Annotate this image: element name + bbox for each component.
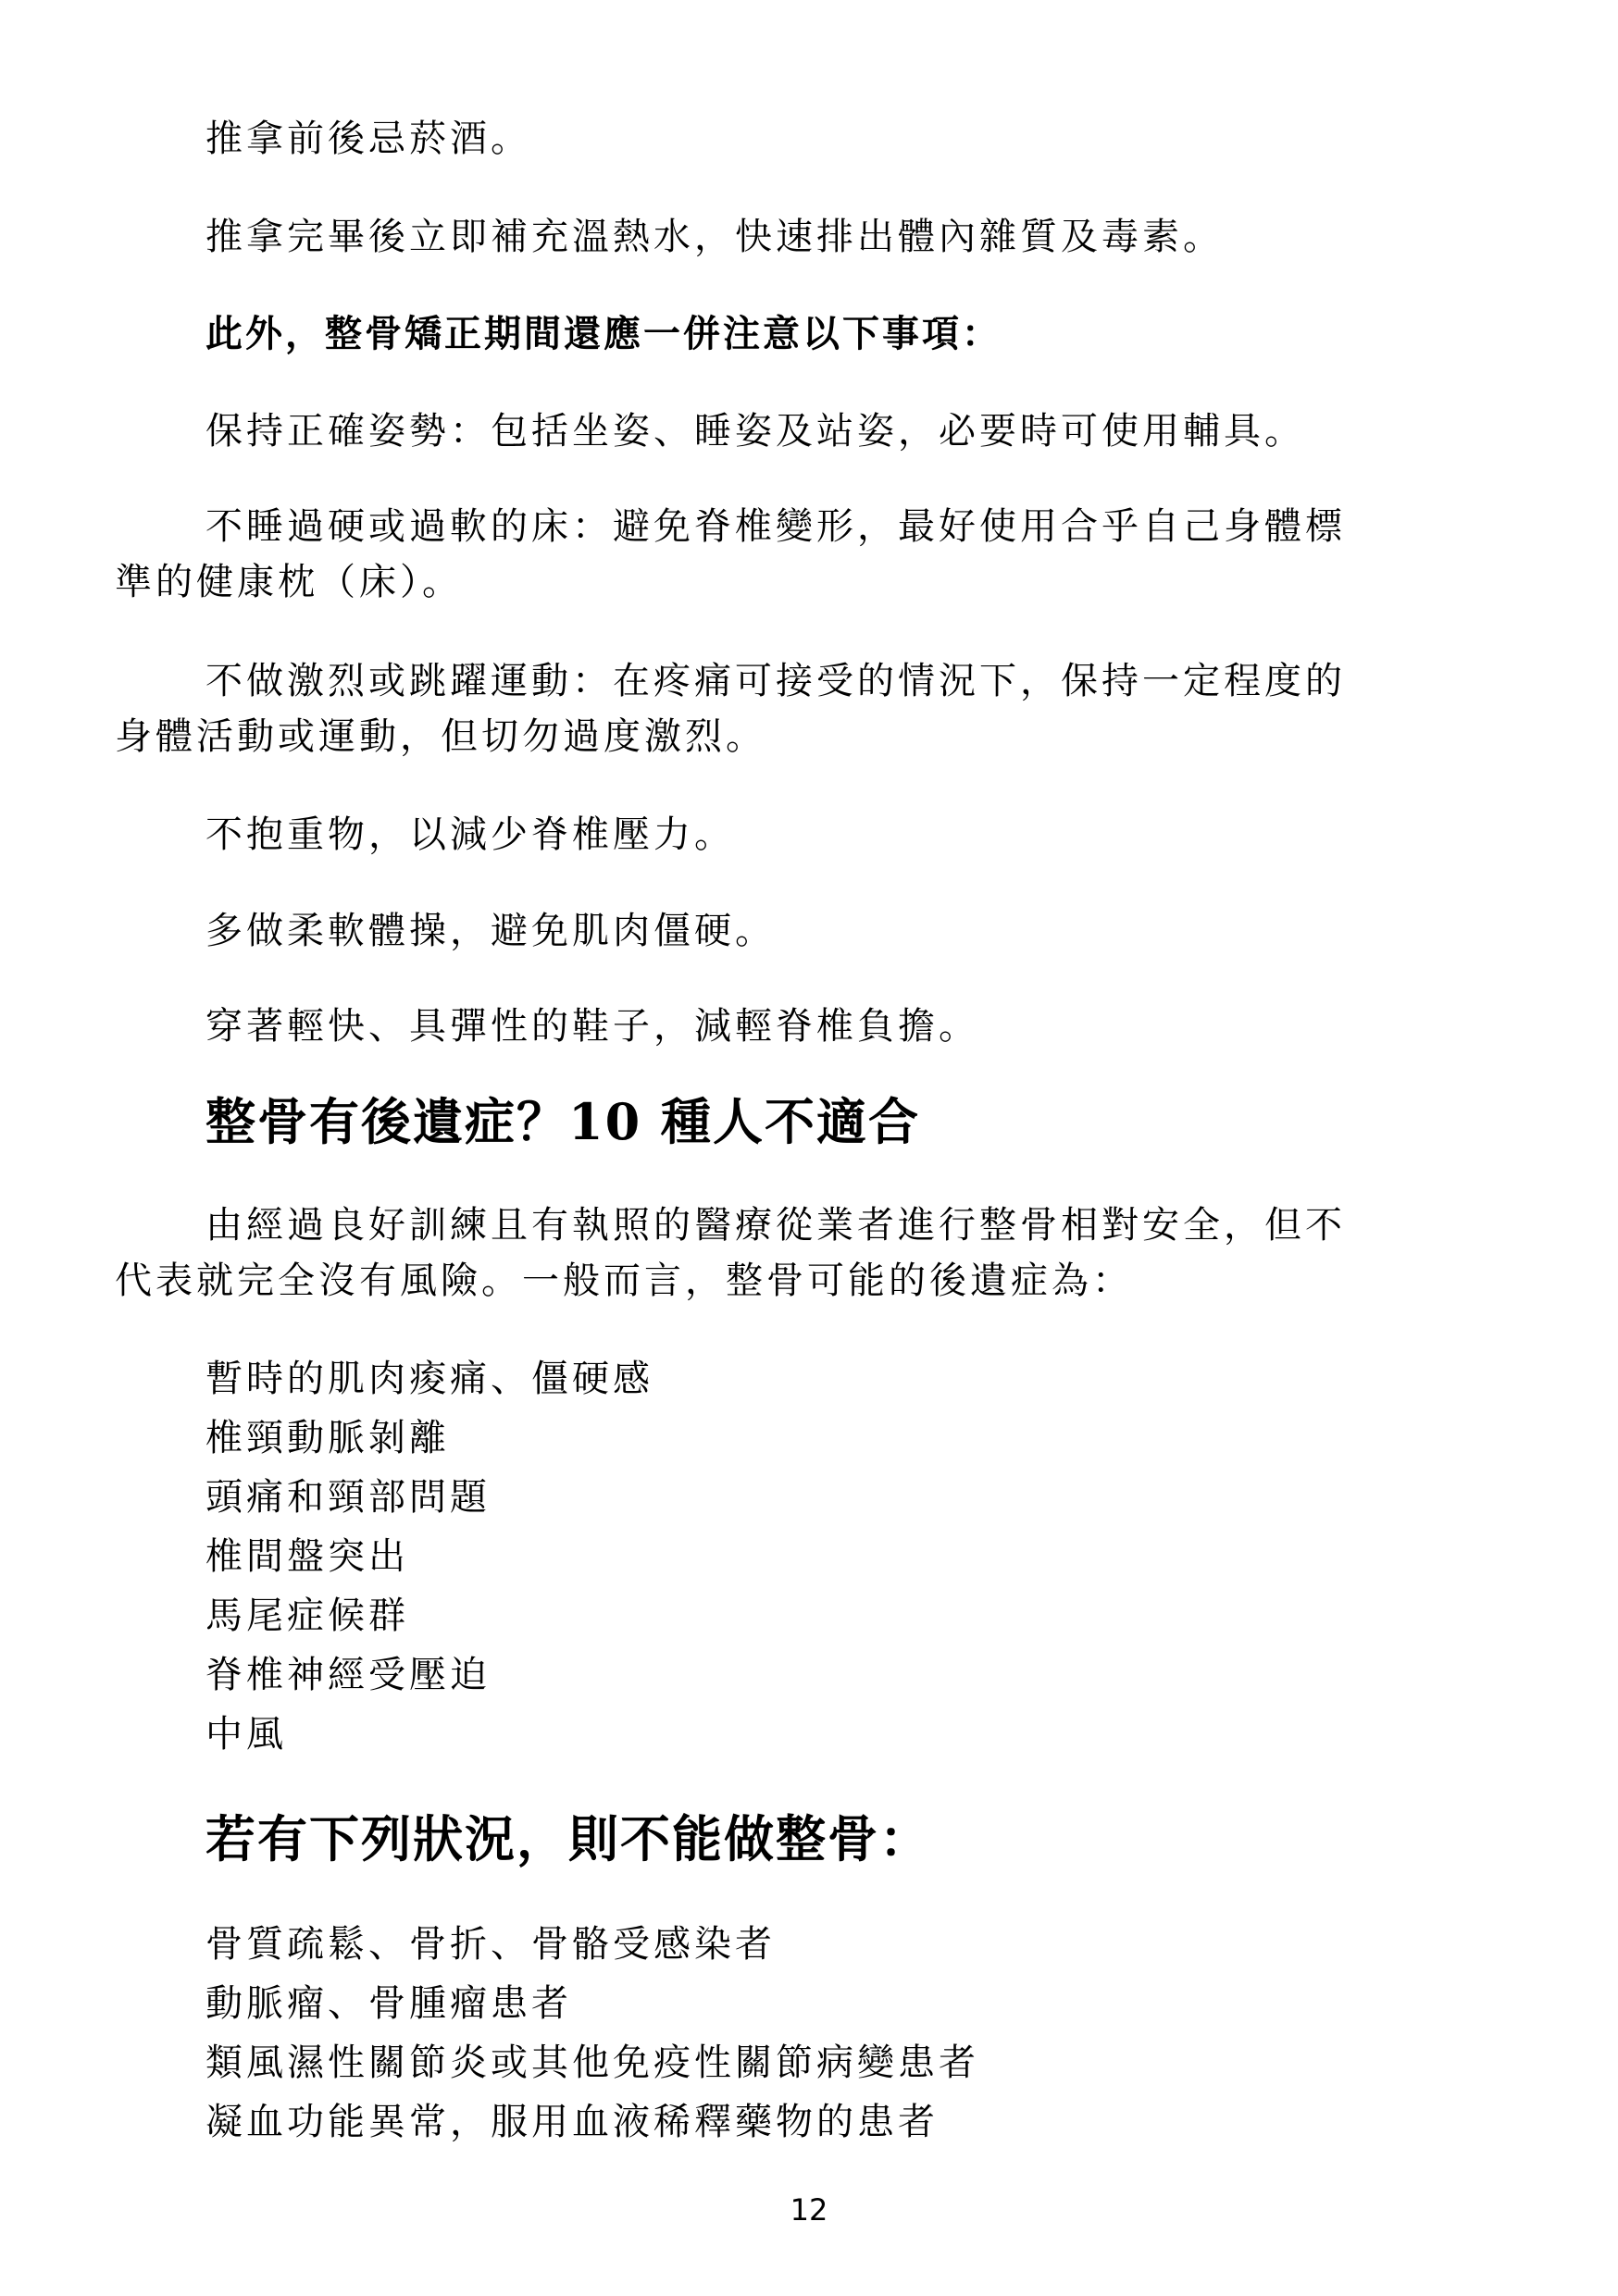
contraindication-item: 骨質疏鬆、骨折、骨骼受感染者 xyxy=(205,1922,776,1967)
precaution-stretching: 多做柔軟體操，避免肌肉僵硬。 xyxy=(205,909,776,953)
precaution-bed-line-2: 準的健康枕（床）。 xyxy=(115,560,463,604)
side-effect-item: 椎頸動脈剝離 xyxy=(205,1416,450,1460)
precaution-exercise-line-1: 不做激烈或跳躍運動：在疼痛可接受的情況下，保持一定程度的 xyxy=(205,659,1346,703)
paragraph-no-smoking-drinking: 推拿前後忌菸酒。 xyxy=(205,117,531,161)
document-page: 推拿前後忌菸酒。 推拿完畢後立即補充溫熱水，快速排出體內雜質及毒素。 此外，整骨… xyxy=(0,0,1618,2296)
heading-contraindications: 若有下列狀況，則不能做整骨： xyxy=(205,1809,931,1868)
intro-side-effects-line-2: 代表就完全沒有風險。一般而言，整骨可能的後遺症為： xyxy=(115,1259,1133,1303)
side-effect-item: 頭痛和頸部問題 xyxy=(205,1475,491,1520)
side-effect-item: 暫時的肌肉痠痛、僵硬感 xyxy=(205,1357,653,1401)
heading-side-effects: 整骨有後遺症？10 種人不適合 xyxy=(205,1092,920,1151)
precaution-heavy-objects: 不抱重物，以減少脊椎壓力。 xyxy=(205,813,735,857)
subheading-precautions: 此外，整骨矯正期間還應一併注意以下事項： xyxy=(205,312,1002,356)
contraindication-item: 類風濕性關節炎或其他免疫性關節病變患者 xyxy=(205,2041,979,2085)
side-effect-item: 椎間盤突出 xyxy=(205,1534,409,1579)
contraindication-item: 凝血功能異常，服用血液稀釋藥物的患者 xyxy=(205,2100,939,2144)
precaution-shoes: 穿著輕快、具彈性的鞋子，減輕脊椎負擔。 xyxy=(205,1004,979,1049)
contraindication-item: 動脈瘤、骨腫瘤患者 xyxy=(205,1981,572,2026)
side-effect-item: 脊椎神經受壓迫 xyxy=(205,1653,491,1697)
side-effect-item: 馬尾症候群 xyxy=(205,1594,409,1638)
paragraph-drink-warm-water: 推拿完畢後立即補充溫熱水，快速排出體內雜質及毒素。 xyxy=(205,215,1224,259)
precaution-bed-line-1: 不睡過硬或過軟的床：避免脊椎變形，最好使用合乎自己身體標 xyxy=(205,504,1346,549)
page-number: 12 xyxy=(0,2191,1618,2228)
side-effect-item: 中風 xyxy=(205,1712,287,1756)
precaution-exercise-line-2: 身體活動或運動，但切勿過度激烈。 xyxy=(115,714,766,759)
precaution-posture: 保持正確姿勢：包括坐姿、睡姿及站姿，必要時可使用輔具。 xyxy=(205,409,1305,453)
intro-side-effects-line-1: 由經過良好訓練且有執照的醫療從業者進行整骨相對安全，但不 xyxy=(205,1203,1346,1247)
